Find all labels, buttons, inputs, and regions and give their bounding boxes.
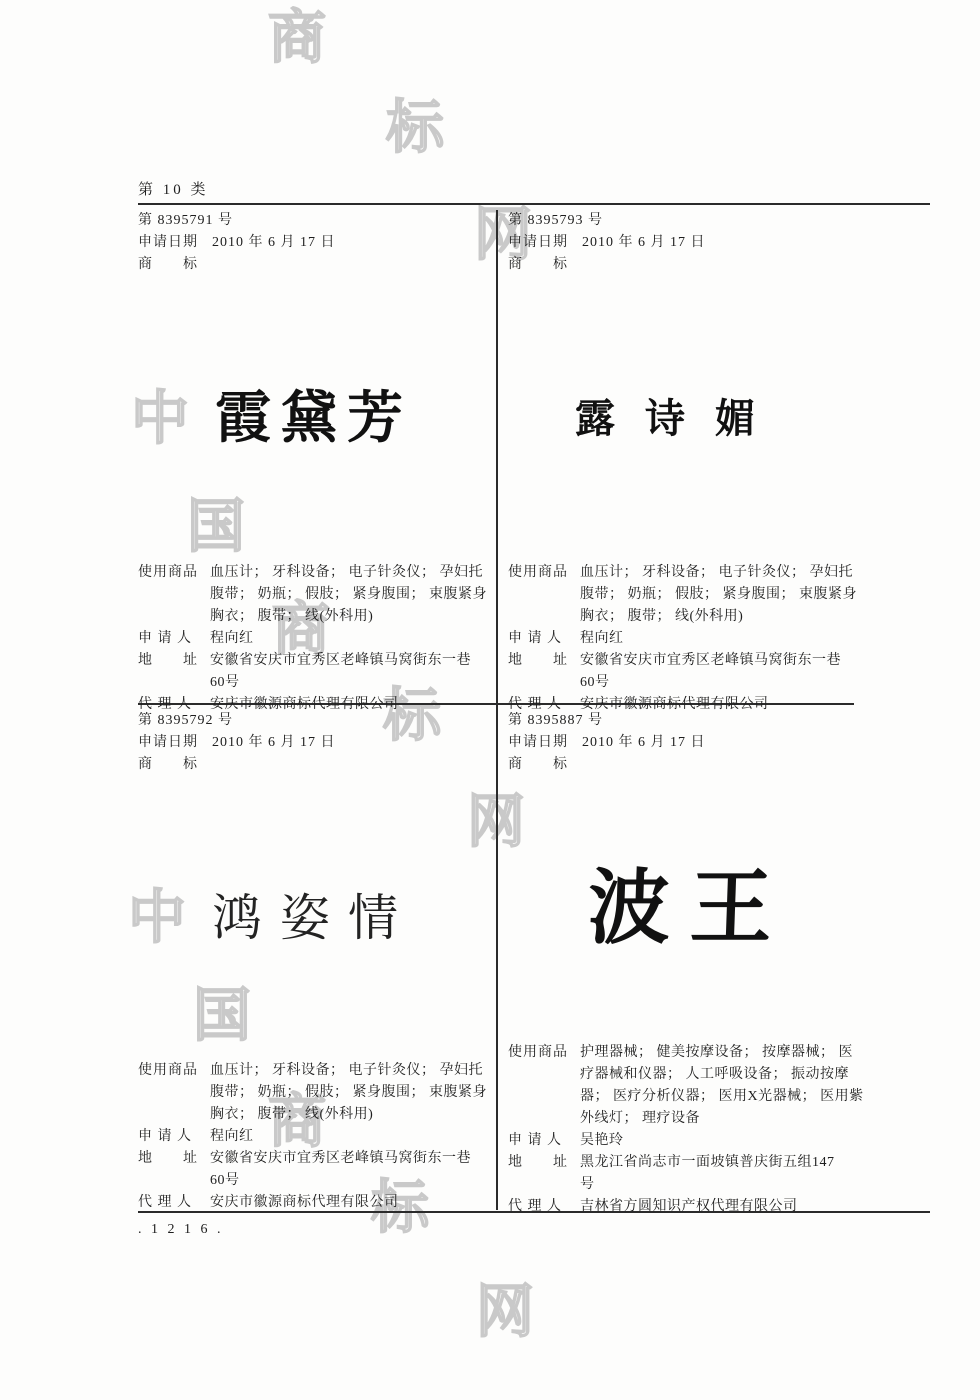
application-date-label: 申请日期 [508, 232, 568, 254]
mark-label-line: 商 标 [508, 254, 932, 276]
registration-number: 第 8395791 号 [138, 210, 490, 232]
top-rule [138, 203, 930, 205]
applicant-field: 申 请 人 吴艳玲 [508, 1130, 932, 1152]
address-field: 地 址 黑龙江省尚志市一面坡镇普庆街五组147 号 [508, 1152, 932, 1196]
agent-label: 代 理 人 [138, 1192, 210, 1214]
registration-number: 第 8395792 号 [138, 710, 490, 732]
application-date-label: 申请日期 [508, 732, 568, 754]
trademark-text: 波王 [588, 898, 793, 920]
applicant-value: 吴艳玲 [580, 1130, 932, 1152]
agent-value: 吉林省方圆知识产权代理有限公司 [580, 1196, 932, 1218]
application-date-label: 申请日期 [138, 232, 198, 254]
watermark-char: 标 [386, 98, 444, 156]
application-date-line: 申请日期 2010 年 6 月 17 日 [508, 232, 932, 254]
trademark-entry: 第 8395793 号 申请日期 2010 年 6 月 17 日 商 标 露诗媚… [508, 210, 932, 716]
agent-field: 代 理 人 安庆市徽源商标代理有限公司 [138, 1192, 490, 1214]
applicant-label: 申 请 人 [138, 1126, 210, 1148]
address-value: 安徽省安庆市宜秀区老峰镇马窝街东一巷 60号 [580, 650, 932, 694]
registration-number: 第 8395793 号 [508, 210, 932, 232]
trademark-image-area: 波王 [508, 776, 932, 1042]
trademark-text: 霞黛芳 [215, 408, 413, 430]
goods-label: 使用商品 [138, 1060, 210, 1082]
class-header: 第 10 类 [138, 178, 209, 199]
trademark-text: 露诗媚 [575, 408, 785, 430]
trademark-entry: 第 8395791 号 申请日期 2010 年 6 月 17 日 商 标 霞黛芳… [138, 210, 490, 716]
trademark-text: 鸿姿情 [212, 907, 416, 929]
goods-label: 使用商品 [508, 1042, 580, 1064]
trademark-image-area: 露诗媚 [508, 276, 932, 562]
column-divider [496, 210, 498, 1210]
goods-field: 使用商品 血压计； 牙科设备； 电子针灸仪； 孕妇托 腹带； 奶瓶； 假肢； 紧… [138, 1060, 490, 1126]
address-value: 黑龙江省尚志市一面坡镇普庆街五组147 号 [580, 1152, 932, 1196]
application-date-line: 申请日期 2010 年 6 月 17 日 [508, 732, 932, 754]
application-date-line: 申请日期 2010 年 6 月 17 日 [138, 232, 490, 254]
gazette-page: 商 标 网 中 国 商 标 网 中 国 商 标 网 第 10 类 第 83957… [0, 0, 980, 1400]
applicant-field: 申 请 人 程向红 [508, 628, 932, 650]
applicant-value: 程向红 [210, 1126, 490, 1148]
application-date-value: 2010 年 6 月 17 日 [582, 232, 706, 254]
applicant-label: 申 请 人 [508, 1130, 580, 1152]
goods-value: 血压计； 牙科设备； 电子针灸仪； 孕妇托 腹带； 奶瓶； 假肢； 紧身腹围； … [580, 562, 932, 628]
address-field: 地 址 安徽省安庆市宜秀区老峰镇马窝街东一巷 60号 [138, 1148, 490, 1192]
application-date-value: 2010 年 6 月 17 日 [582, 732, 706, 754]
address-value: 安徽省安庆市宜秀区老峰镇马窝街东一巷 60号 [210, 1148, 490, 1192]
goods-value: 血压计； 牙科设备； 电子针灸仪； 孕妇托 腹带； 奶瓶； 假肢； 紧身腹围； … [210, 1060, 490, 1126]
goods-value: 护理器械； 健美按摩设备； 按摩器械； 医 疗器械和仪器； 人工呼吸设备； 振动… [580, 1042, 932, 1130]
mark-label: 商 标 [508, 254, 568, 276]
registration-number: 第 8395887 号 [508, 710, 932, 732]
watermark-char: 商 [268, 8, 326, 66]
watermark-char: 网 [476, 1282, 534, 1340]
applicant-field: 申 请 人 程向红 [138, 628, 490, 650]
applicant-value: 程向红 [210, 628, 490, 650]
applicant-label: 申 请 人 [138, 628, 210, 650]
trademark-image-area: 霞黛芳 [138, 276, 490, 562]
address-field: 地 址 安徽省安庆市宜秀区老峰镇马窝街东一巷 60号 [138, 650, 490, 694]
applicant-label: 申 请 人 [508, 628, 580, 650]
trademark-entry: 第 8395792 号 申请日期 2010 年 6 月 17 日 商 标 鸿姿情… [138, 710, 490, 1214]
mark-label: 商 标 [138, 254, 198, 276]
address-label: 地 址 [138, 1148, 210, 1170]
goods-label: 使用商品 [508, 562, 580, 584]
application-date-value: 2010 年 6 月 17 日 [212, 232, 336, 254]
agent-label: 代 理 人 [508, 1196, 580, 1218]
mark-label: 商 标 [508, 754, 568, 776]
goods-field: 使用商品 血压计； 牙科设备； 电子针灸仪； 孕妇托 腹带； 奶瓶； 假肢； 紧… [138, 562, 490, 628]
application-date-line: 申请日期 2010 年 6 月 17 日 [138, 732, 490, 754]
page-number: . 1 2 1 6 . [138, 1222, 224, 1238]
applicant-value: 程向红 [580, 628, 932, 650]
address-label: 地 址 [508, 650, 580, 672]
goods-field: 使用商品 血压计； 牙科设备； 电子针灸仪； 孕妇托 腹带； 奶瓶； 假肢； 紧… [508, 562, 932, 628]
address-value: 安徽省安庆市宜秀区老峰镇马窝街东一巷 60号 [210, 650, 490, 694]
mark-label-line: 商 标 [138, 754, 490, 776]
agent-value: 安庆市徽源商标代理有限公司 [210, 1192, 490, 1214]
address-field: 地 址 安徽省安庆市宜秀区老峰镇马窝街东一巷 60号 [508, 650, 932, 694]
trademark-image-area: 鸿姿情 [138, 776, 490, 1060]
mark-label-line: 商 标 [508, 754, 932, 776]
goods-field: 使用商品 护理器械； 健美按摩设备； 按摩器械； 医 疗器械和仪器； 人工呼吸设… [508, 1042, 932, 1130]
address-label: 地 址 [508, 1152, 580, 1174]
address-label: 地 址 [138, 650, 210, 672]
application-date-label: 申请日期 [138, 732, 198, 754]
mark-label: 商 标 [138, 754, 198, 776]
application-date-value: 2010 年 6 月 17 日 [212, 732, 336, 754]
trademark-entry: 第 8395887 号 申请日期 2010 年 6 月 17 日 商 标 波王 … [508, 710, 932, 1218]
mark-label-line: 商 标 [138, 254, 490, 276]
applicant-field: 申 请 人 程向红 [138, 1126, 490, 1148]
agent-field: 代 理 人 吉林省方圆知识产权代理有限公司 [508, 1196, 932, 1218]
goods-label: 使用商品 [138, 562, 210, 584]
goods-value: 血压计； 牙科设备； 电子针灸仪； 孕妇托 腹带； 奶瓶； 假肢； 紧身腹围； … [210, 562, 490, 628]
